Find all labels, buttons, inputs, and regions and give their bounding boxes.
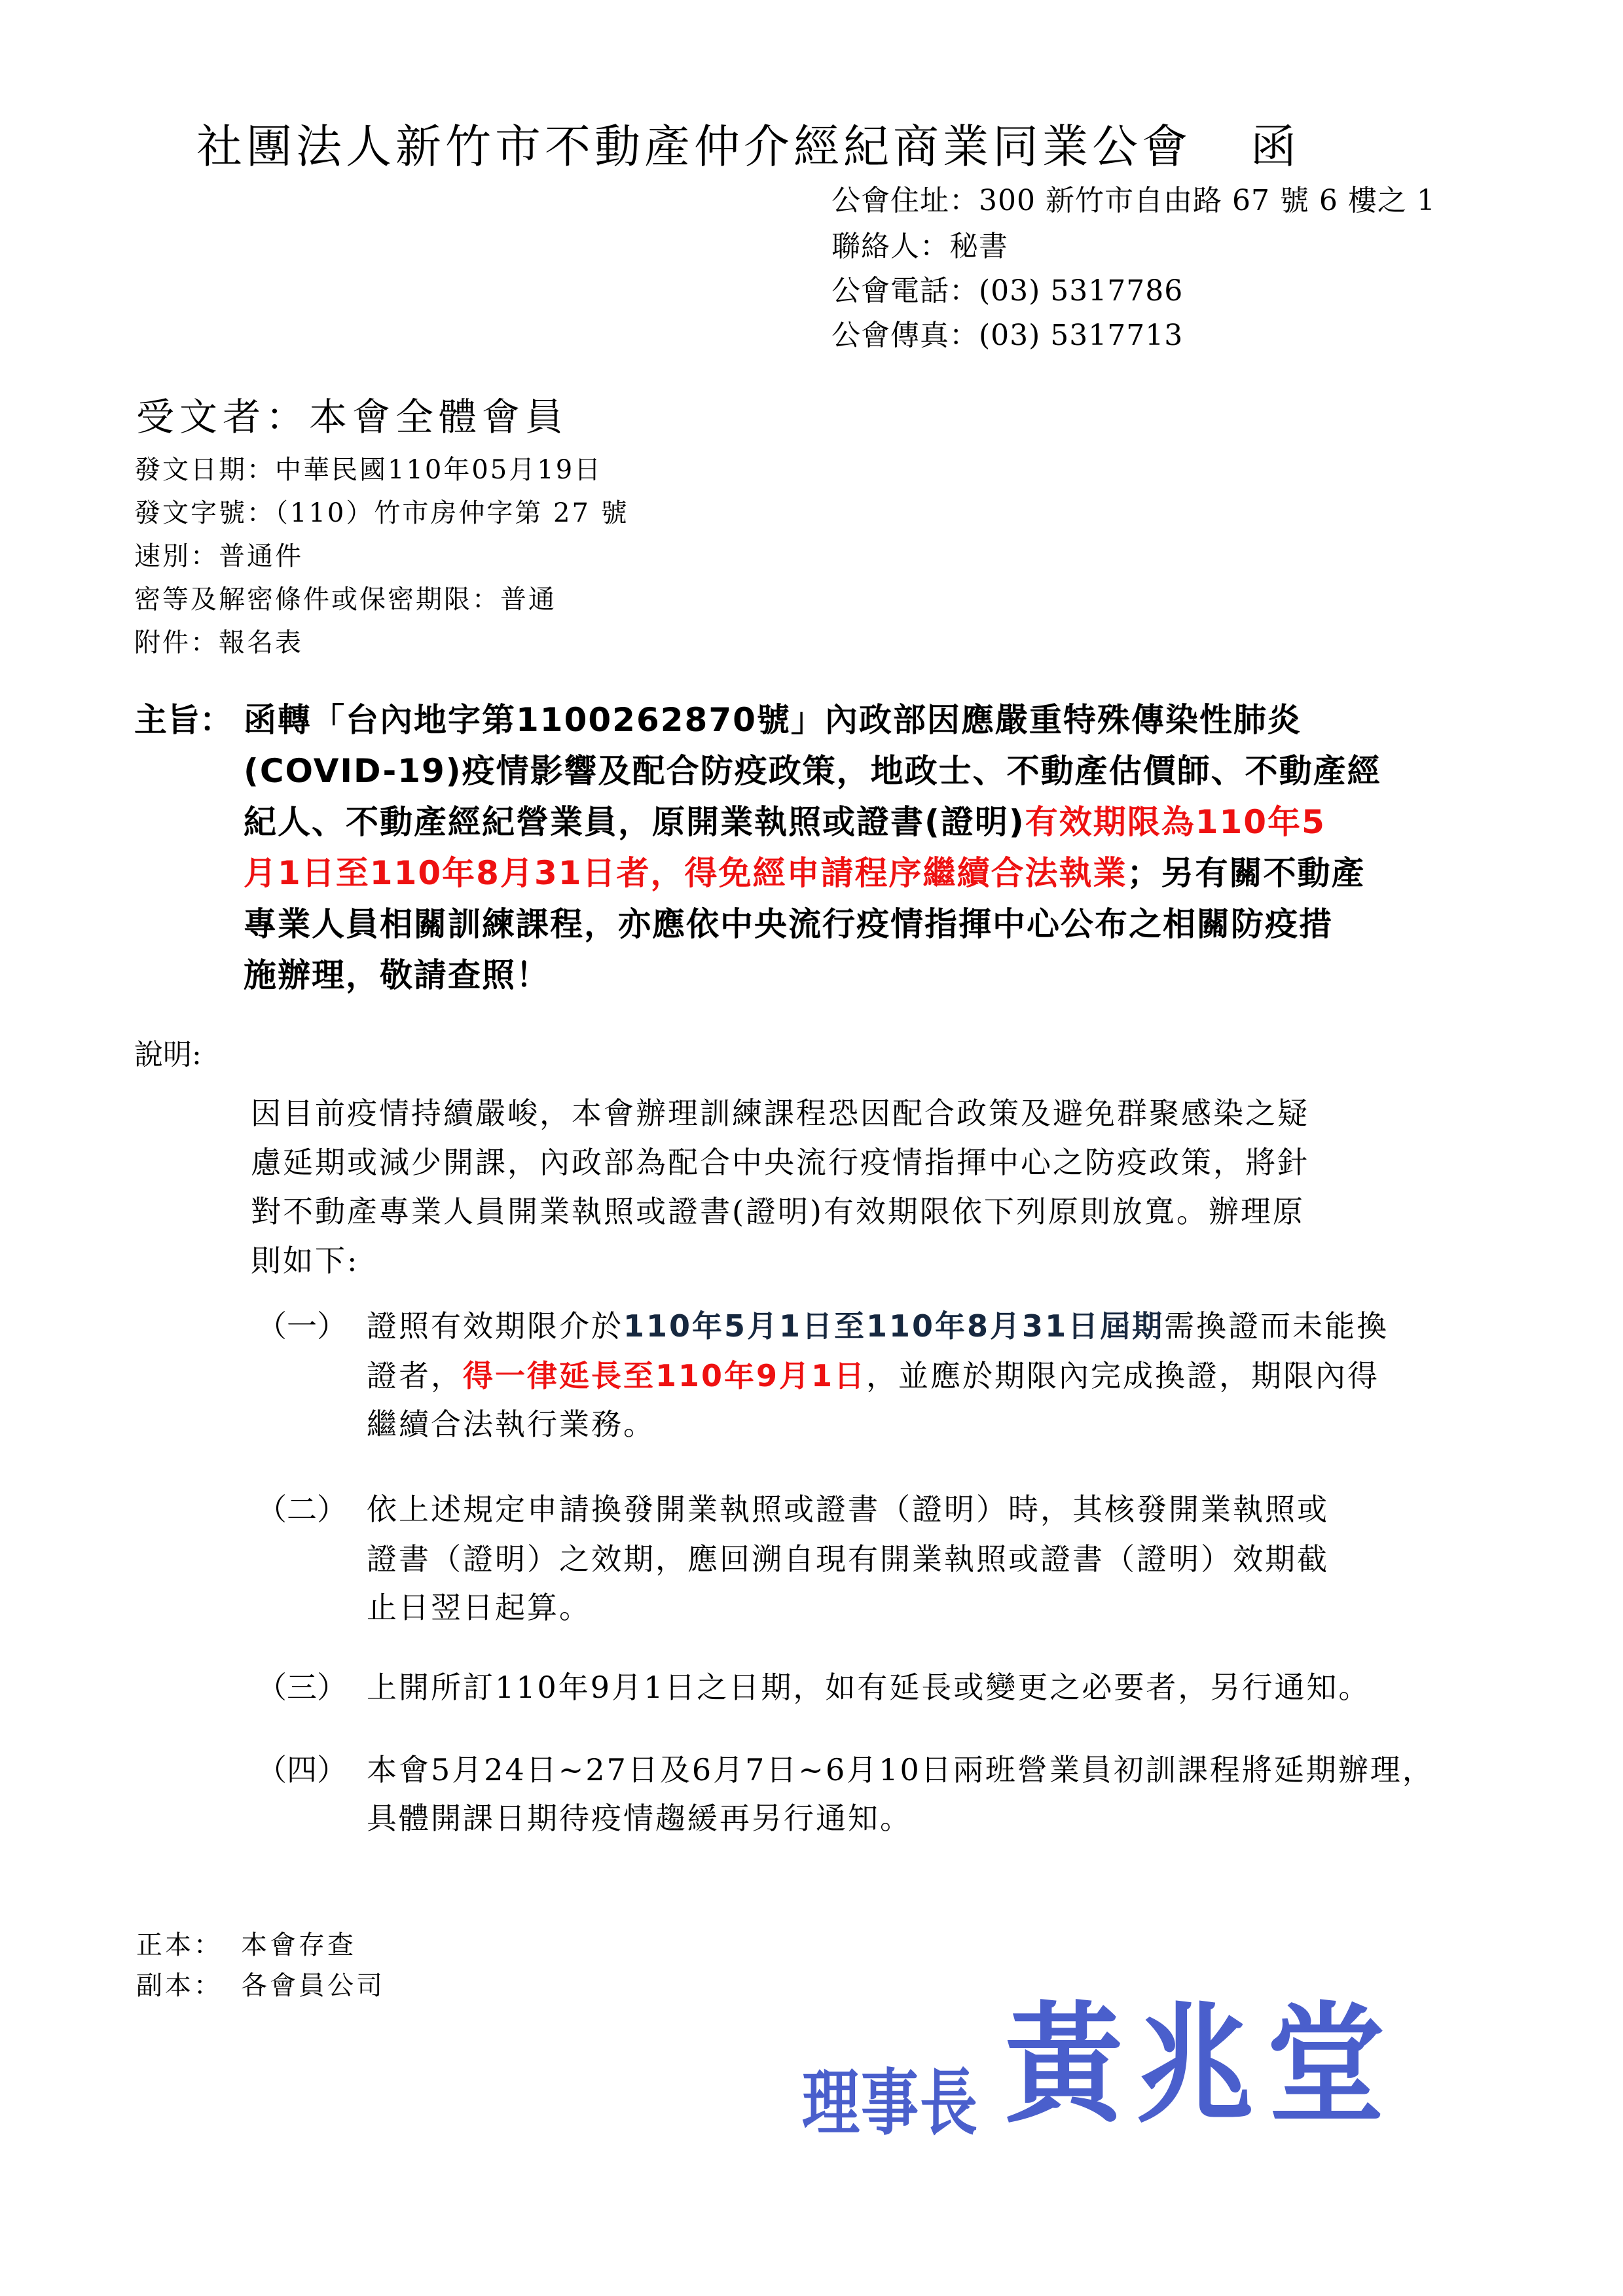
original-label: 正本： — [136, 1930, 223, 1960]
text-run: ，並應於期限內完成換證，期限內得 — [866, 1358, 1379, 1393]
contact-person: 聯絡人：秘書 — [831, 223, 1008, 264]
copy-value: 各會員公司 — [241, 1965, 385, 2002]
subject-label: 主旨： — [134, 694, 232, 741]
original-copy: 正本：本會存查 — [136, 1924, 356, 1962]
letterhead-title: 社團法人新竹市不動產仲介經紀商業同業公會函 — [196, 110, 1300, 176]
explanation-line: 因目前疫情持續嚴峻，本會辦理訓練課程恐因配合政策及避免群聚感染之疑 — [251, 1090, 1309, 1133]
text-run: 需換證而未能換 — [1164, 1308, 1389, 1344]
signature-role: 理事長 — [802, 2046, 979, 2149]
text-run: 函轉「台內地字第1100262870號」內政部因應嚴重特殊傳染性肺炎 — [244, 701, 1302, 739]
subject-line: 施辦理，敬請查照！ — [244, 949, 550, 996]
item-line: 證照有效期限介於110年5月1日至110年8月31日屆期需換證而未能換 — [367, 1302, 1389, 1346]
text-run: 紀人、不動產經紀營業員，原開業執照或證書(證明) — [244, 803, 1025, 841]
subject-line: 專業人員相關訓練課程，亦應依中央流行疫情指揮中心公布之相關防疫措 — [244, 898, 1333, 945]
explanation-label: 說明: — [134, 1031, 202, 1073]
text-run: 上開所訂110年9月1日之日期，如有延長或變更之必要者，另行通知。 — [367, 1670, 1370, 1705]
chairman-signature: 理事長黃兆堂 — [802, 1970, 1398, 2139]
issue-date: 發文日期：中華民國110年05月19日 — [134, 449, 602, 486]
item-number: （二） — [257, 1486, 347, 1529]
text-run: 止日翌日起算。 — [367, 1590, 591, 1625]
text-run: 依上述規定申請換發開業執照或證書（證明）時，其核發開業執照或 — [367, 1492, 1329, 1527]
document-number: 發文字號：（110）竹市房仲字第 27 號 — [134, 492, 629, 529]
text-run: (COVID-19)疫情影響及配合防疫政策，地政士、不動產估價師、不動產經 — [244, 752, 1381, 790]
item-line: 本會5月24日~27日及6月7日~6月10日兩班營業員初訓課程將延期辦理， — [367, 1746, 1434, 1789]
urgency: 速別：普通件 — [134, 535, 303, 573]
classification: 密等及解密條件或保密期限：普通 — [134, 579, 556, 616]
org-name: 社團法人新竹市不動產仲介經紀商業同業公會 — [196, 120, 1192, 173]
item-number: （三） — [257, 1664, 347, 1707]
text-run: ；另有關不動產 — [1127, 854, 1366, 892]
item-line: 具體開課日期待疫情趨緩再另行通知。 — [367, 1795, 912, 1838]
item-line: 繼續合法執行業務。 — [367, 1401, 655, 1444]
text-run: 具體開課日期待疫情趨緩再另行通知。 — [367, 1801, 912, 1836]
highlighted-text: 110年5月1日至110年8月31日屆期 — [623, 1308, 1164, 1344]
item-number: （四） — [257, 1746, 347, 1789]
text-run: 專業人員相關訓練課程，亦應依中央流行疫情指揮中心公布之相關防疫措 — [244, 905, 1333, 943]
explanation-line: 則如下: — [251, 1237, 359, 1280]
contact-fax: 公會傳真：(03) 5317713 — [831, 312, 1183, 353]
subject-line: 紀人、不動產經紀營業員，原開業執照或證書(證明)有效期限為110年5 — [244, 796, 1326, 843]
doc-type: 函 — [1250, 120, 1300, 173]
explanation-line: 慮延期或減少開課，內政部為配合中央流行疫情指揮中心之防疫政策，將針 — [251, 1139, 1309, 1182]
original-value: 本會存查 — [241, 1924, 356, 1962]
subject-line: 函轉「台內地字第1100262870號」內政部因應嚴重特殊傳染性肺炎 — [244, 694, 1302, 741]
subject-line: (COVID-19)疫情影響及配合防疫政策，地政士、不動產估價師、不動產經 — [244, 745, 1381, 792]
attachment: 附件：報名表 — [134, 622, 303, 659]
highlighted-text: 得一律延長至110年9月1日 — [463, 1358, 866, 1393]
text-run: 施辦理，敬請查照！ — [244, 956, 550, 994]
carbon-copy: 副本：各會員公司 — [136, 1965, 385, 2002]
text-run: 本會5月24日~27日及6月7日~6月10日兩班營業員初訓課程將延期辦理， — [367, 1752, 1434, 1787]
recipient: 受文者：本會全體會員 — [136, 386, 568, 441]
text-run: 繼續合法執行業務。 — [367, 1407, 655, 1442]
signature-name: 黃兆堂 — [1005, 1962, 1398, 2147]
highlighted-text: 月1日至110年8月31日者，得免經申請程序繼續合法執業 — [244, 854, 1127, 892]
item-line: 證書（證明）之效期，應回溯自現有開業執照或證書（證明）效期截 — [367, 1535, 1329, 1579]
contact-phone: 公會電話：(03) 5317786 — [831, 267, 1183, 309]
item-line: 證者，得一律延長至110年9月1日，並應於期限內完成換證，期限內得 — [367, 1352, 1379, 1395]
contact-address: 公會住址：300 新竹市自由路 67 號 6 樓之 1 — [831, 177, 1436, 219]
item-line: 止日翌日起算。 — [367, 1584, 591, 1627]
text-run: 證書（證明）之效期，應回溯自現有開業執照或證書（證明）效期截 — [367, 1541, 1329, 1577]
copy-label: 副本： — [136, 1971, 223, 2001]
item-line: 依上述規定申請換發開業執照或證書（證明）時，其核發開業執照或 — [367, 1486, 1329, 1529]
explanation-line: 對不動產專業人員開業執照或證書(證明)有效期限依下列原則放寬。辦理原 — [251, 1188, 1305, 1231]
text-run: 證者， — [367, 1358, 463, 1393]
highlighted-text: 有效期限為110年5 — [1025, 803, 1326, 841]
item-number: （一） — [257, 1302, 347, 1346]
item-line: 上開所訂110年9月1日之日期，如有延長或變更之必要者，另行通知。 — [367, 1664, 1370, 1707]
subject-line: 月1日至110年8月31日者，得免經申請程序繼續合法執業；另有關不動產 — [244, 847, 1366, 894]
text-run: 證照有效期限介於 — [367, 1308, 623, 1344]
